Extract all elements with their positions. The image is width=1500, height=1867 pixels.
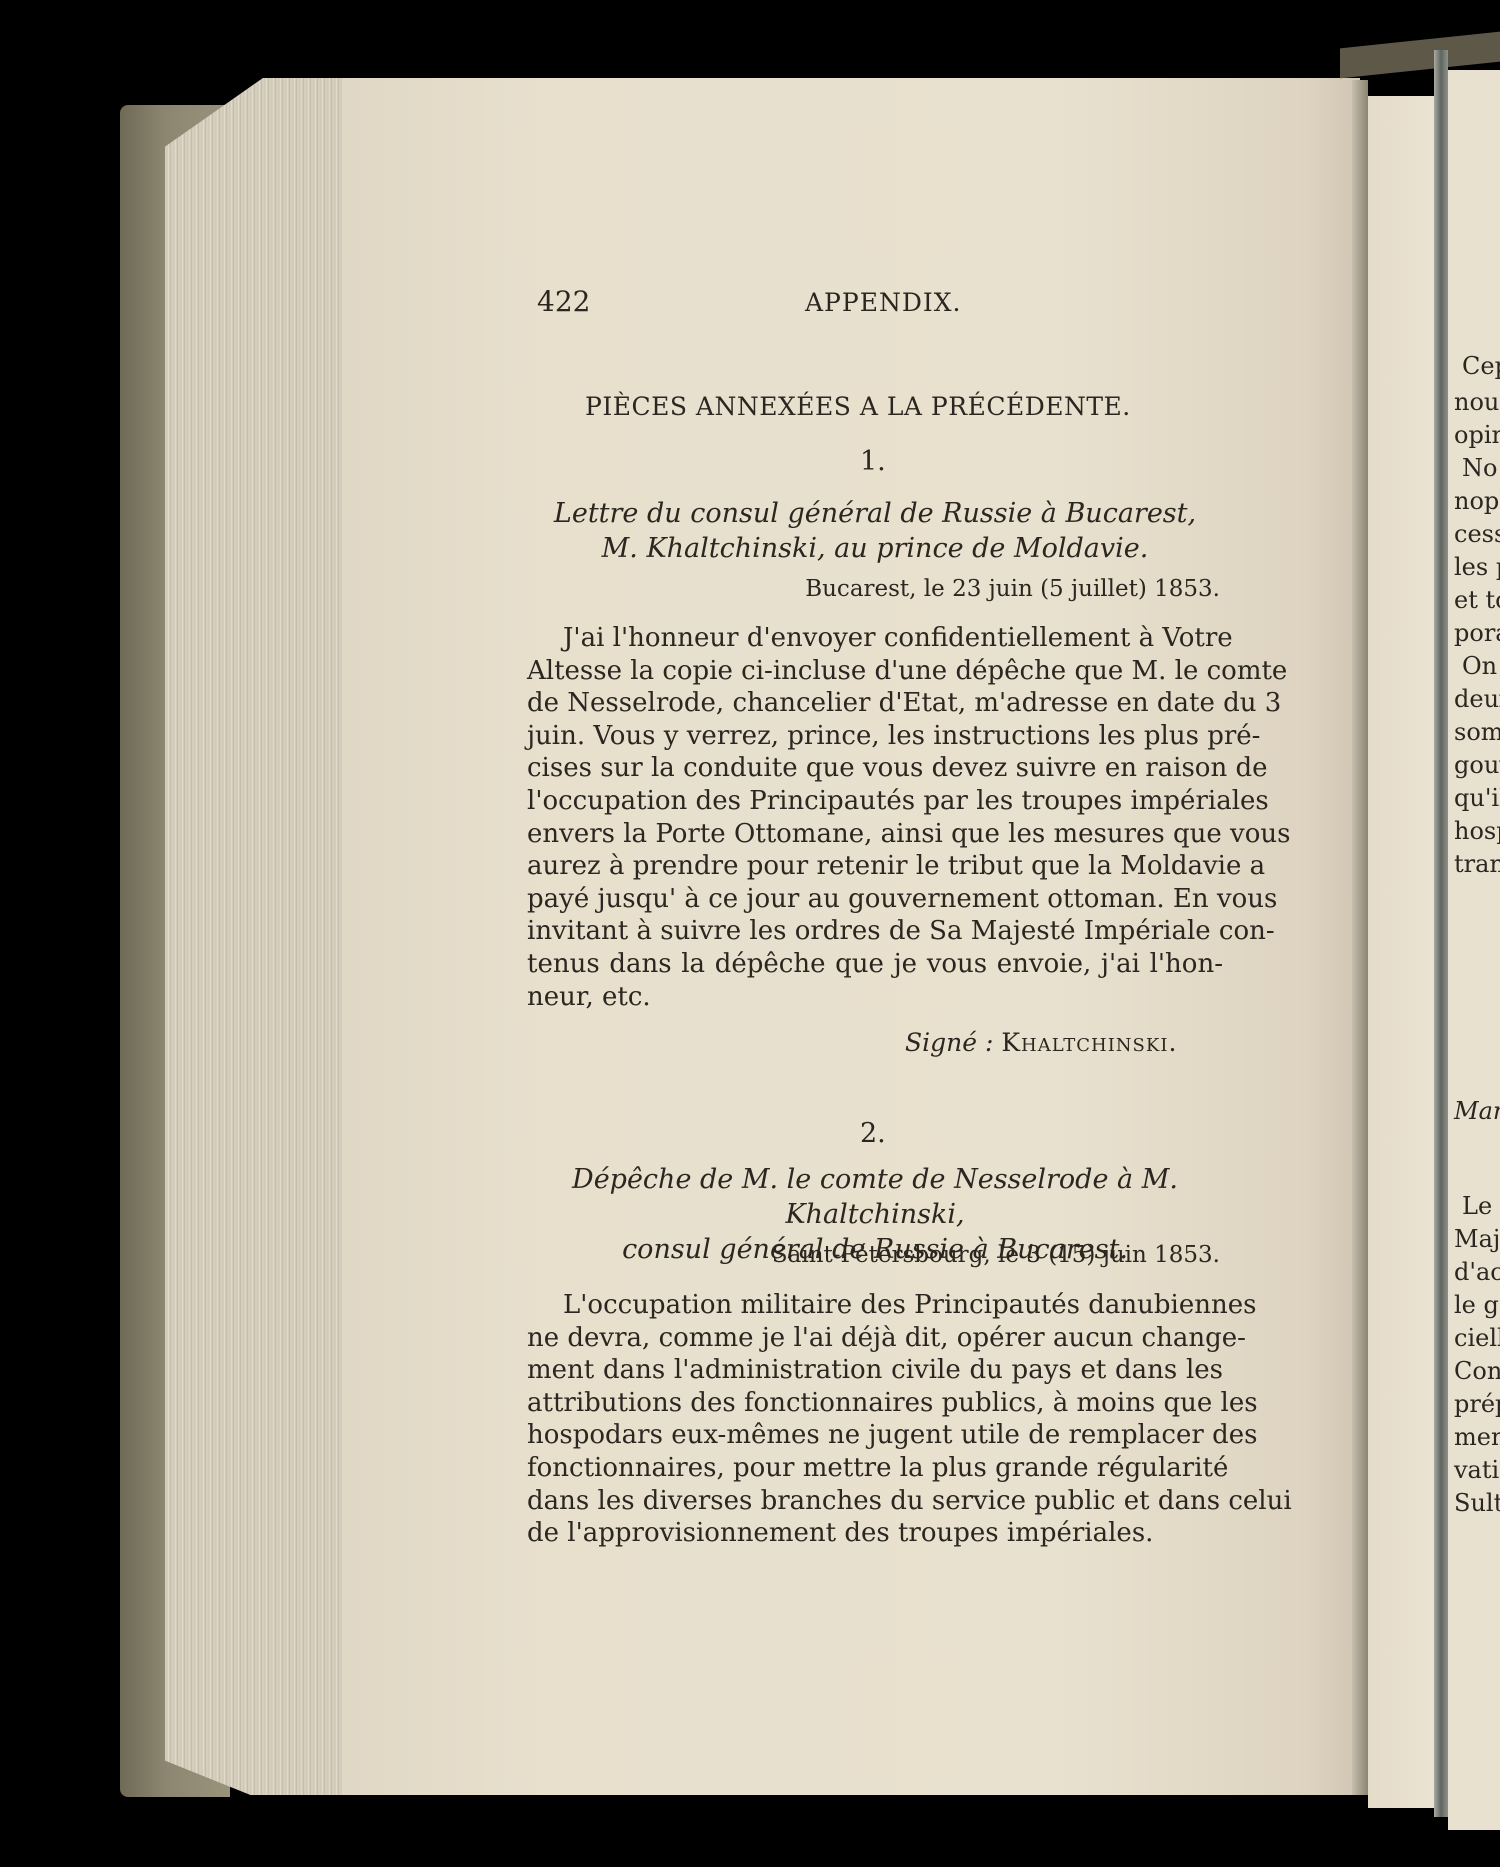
body-line: dans les diverses branches du service pu…: [527, 1485, 1223, 1518]
body-line: ne devra, comme je l'ai déjà dit, opérer…: [527, 1322, 1223, 1355]
body-line: cises sur la conduite que vous devez sui…: [527, 752, 1223, 785]
body-line: de Nesselrode, chancelier d'Etat, m'adre…: [527, 687, 1223, 720]
gutter-shadow: [1352, 80, 1368, 1795]
body-line: juin. Vous y verrez, prince, les instruc…: [527, 720, 1223, 753]
signature-label: Signé :: [905, 1028, 993, 1057]
document-2-title-line: Dépêche de M. le comte de Nesselrode à M…: [520, 1162, 1230, 1232]
facing-fragment: opini: [1454, 419, 1500, 452]
facing-page: Cep nous opini No nople cesser les pr et…: [1448, 70, 1500, 1830]
facing-fragment: No: [1462, 452, 1497, 485]
facing-fragment: prépa: [1454, 1388, 1500, 1421]
facing-fragment: deux: [1454, 683, 1500, 716]
document-1-title-line: M. Khaltchinski, au prince de Moldavie.: [520, 531, 1230, 566]
facing-fragment: le go: [1454, 1289, 1500, 1322]
facing-fragment: d'acco: [1454, 1256, 1500, 1289]
facing-fragment: Le: [1462, 1190, 1492, 1223]
page-number: 422: [537, 285, 590, 318]
facing-fragment: porai: [1454, 617, 1500, 650]
body-line: invitant à suivre les ordres de Sa Majes…: [527, 915, 1223, 948]
facing-fragment: vation: [1454, 1454, 1500, 1487]
facing-fragment: et tou: [1454, 584, 1500, 617]
body-line: hospodars eux-mêmes ne jugent utile de r…: [527, 1419, 1223, 1452]
body-line: J'ai l'honneur d'envoyer confidentiellem…: [527, 622, 1223, 655]
facing-fragment: On: [1462, 650, 1497, 683]
glass-strip: [1434, 50, 1448, 1817]
document-2-dateline: Saint-Pétersbourg, le 3 (15) juin 1853.: [700, 1242, 1220, 1268]
signature-name: Khaltchinski.: [1001, 1028, 1177, 1057]
running-head: APPENDIX.: [805, 288, 962, 317]
facing-fragment: cesser: [1454, 518, 1500, 551]
document-1-number: 1.: [860, 446, 886, 477]
body-line: ment dans l'administration civile du pay…: [527, 1354, 1223, 1387]
body-line: tenus dans la dépêche que je vous envoie…: [527, 948, 1223, 981]
document-2-body: L'occupation militaire des Principautés …: [527, 1289, 1223, 1550]
facing-fragment: somm: [1454, 716, 1500, 749]
document-1-title-line: Lettre du consul général de Russie à Buc…: [520, 496, 1230, 531]
body-line: attributions des fonctionnaires publics,…: [527, 1387, 1223, 1420]
facing-fragment: Majes: [1454, 1223, 1500, 1256]
facing-fragment: cielle: [1454, 1322, 1500, 1355]
document-1-body: J'ai l'honneur d'envoyer confidentiellem…: [527, 622, 1223, 1013]
body-line: aurez à prendre pour retenir le tribut q…: [527, 850, 1223, 883]
right-leaf: [1368, 96, 1440, 1808]
body-line: Altesse la copie ci-incluse d'une dépêch…: [527, 655, 1223, 688]
facing-fragment: transi: [1454, 848, 1500, 881]
facing-fragment: qu'il: [1454, 782, 1500, 815]
facing-fragment: nople: [1454, 485, 1500, 518]
facing-fragment: Const: [1454, 1355, 1500, 1388]
document-1-dateline: Bucarest, le 23 juin (5 juillet) 1853.: [700, 576, 1220, 602]
facing-fragment: hospo: [1454, 815, 1500, 848]
document-1-title: Lettre du consul général de Russie à Buc…: [520, 496, 1230, 566]
body-line: payé jusqu' à ce jour au gouvernement ot…: [527, 883, 1223, 916]
body-line: fonctionnaires, pour mettre la plus gran…: [527, 1452, 1223, 1485]
facing-fragment: ment: [1454, 1421, 1500, 1454]
facing-fragment: nous: [1454, 386, 1500, 419]
body-line: envers la Porte Ottomane, ainsi que les …: [527, 818, 1223, 851]
facing-fragment: gouve: [1454, 749, 1500, 782]
body-line: L'occupation militaire des Principautés …: [527, 1289, 1223, 1322]
facing-fragment: Cep: [1462, 350, 1500, 383]
section-title: PIÈCES ANNEXÉES A LA PRÉCÉDENTE.: [585, 392, 1131, 421]
facing-fragment: les pr: [1454, 551, 1500, 584]
body-line: l'occupation des Principautés par les tr…: [527, 785, 1223, 818]
body-line: de l'approvisionnement des troupes impér…: [527, 1517, 1223, 1550]
facing-fragment: Mani: [1454, 1095, 1500, 1128]
document-1-signature: Signé : Khaltchinski.: [905, 1028, 1177, 1057]
facing-fragment: Sultan: [1454, 1487, 1500, 1520]
document-2-number: 2.: [860, 1118, 886, 1149]
body-line: neur, etc.: [527, 981, 1223, 1014]
page-header: 422 APPENDIX.: [537, 285, 1217, 325]
page-edges-stack: [165, 78, 343, 1795]
